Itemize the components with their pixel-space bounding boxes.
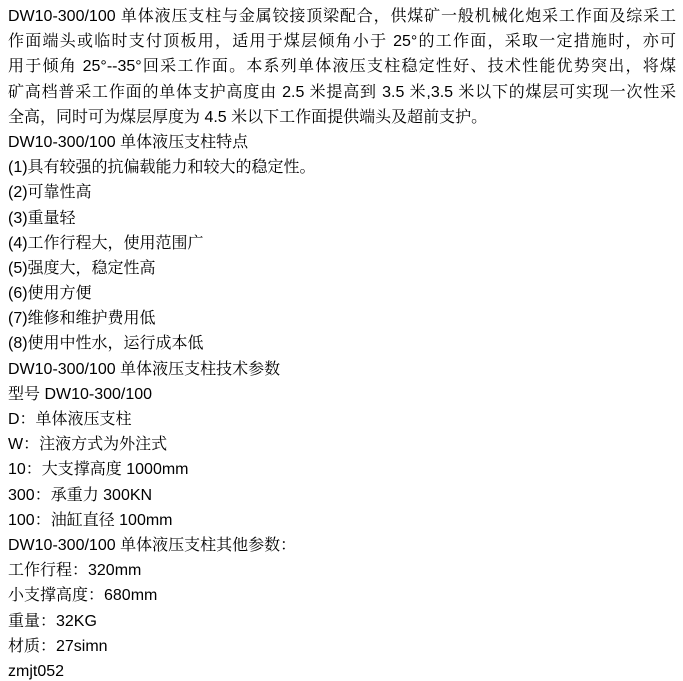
text-line: 小支撑高度：680mm bbox=[8, 583, 676, 608]
text-line: DW10-300/100 单体液压支柱其他参数： bbox=[8, 533, 676, 558]
text-line: DW10-300/100 单体液压支柱特点 bbox=[8, 130, 676, 155]
text-line: (1)具有较强的抗偏载能力和较大的稳定性。 bbox=[8, 155, 676, 180]
text-line: DW10-300/100 单体液压支柱技术参数 bbox=[8, 357, 676, 382]
text-line: (5)强度大，稳定性高 bbox=[8, 256, 676, 281]
text-line: D：单体液压支柱 bbox=[8, 407, 676, 432]
text-line: 10：大支撑高度 1000mm bbox=[8, 457, 676, 482]
text-line: (3)重量轻 bbox=[8, 206, 676, 231]
document-page: DW10-300/100 单体液压支柱与金属铰接顶梁配合，供煤矿一般机械化炮采工… bbox=[0, 0, 683, 681]
text-line: 工作行程：320mm bbox=[8, 558, 676, 583]
text-line: 用于倾角 25°--35°回采工作面。本系列单体液压支柱稳定性好、技术性能优势突… bbox=[8, 54, 676, 79]
text-line: DW10-300/100 单体液压支柱与金属铰接顶梁配合，供煤矿一般机械化炮采工… bbox=[8, 4, 676, 29]
text-line: (8)使用中性水，运行成本低 bbox=[8, 331, 676, 356]
text-line: 全高，同时可为煤层厚度为 4.5 米以下工作面提供端头及超前支护。 bbox=[8, 105, 676, 130]
text-line: 重量：32KG bbox=[8, 609, 676, 634]
text-line: (7)维修和维护费用低 bbox=[8, 306, 676, 331]
text-line: W：注液方式为外注式 bbox=[8, 432, 676, 457]
text-line: 型号 DW10-300/100 bbox=[8, 382, 676, 407]
text-line: (6)使用方便 bbox=[8, 281, 676, 306]
text-line: (4)工作行程大，使用范围广 bbox=[8, 231, 676, 256]
text-line: 300：承重力 300KN bbox=[8, 483, 676, 508]
text-line: zmjt052 bbox=[8, 659, 676, 681]
text-line: (2)可靠性高 bbox=[8, 180, 676, 205]
document-body: DW10-300/100 单体液压支柱与金属铰接顶梁配合，供煤矿一般机械化炮采工… bbox=[8, 4, 676, 681]
text-line: 作面端头或临时支付顶板用，适用于煤层倾角小于 25°的工作面，采取一定措施时，亦… bbox=[8, 29, 676, 54]
text-line: 100：油缸直径 100mm bbox=[8, 508, 676, 533]
text-line: 材质：27simn bbox=[8, 634, 676, 659]
text-line: 矿高档普采工作面的单体支护高度由 2.5 米提高到 3.5 米,3.5 米以下的… bbox=[8, 80, 676, 105]
